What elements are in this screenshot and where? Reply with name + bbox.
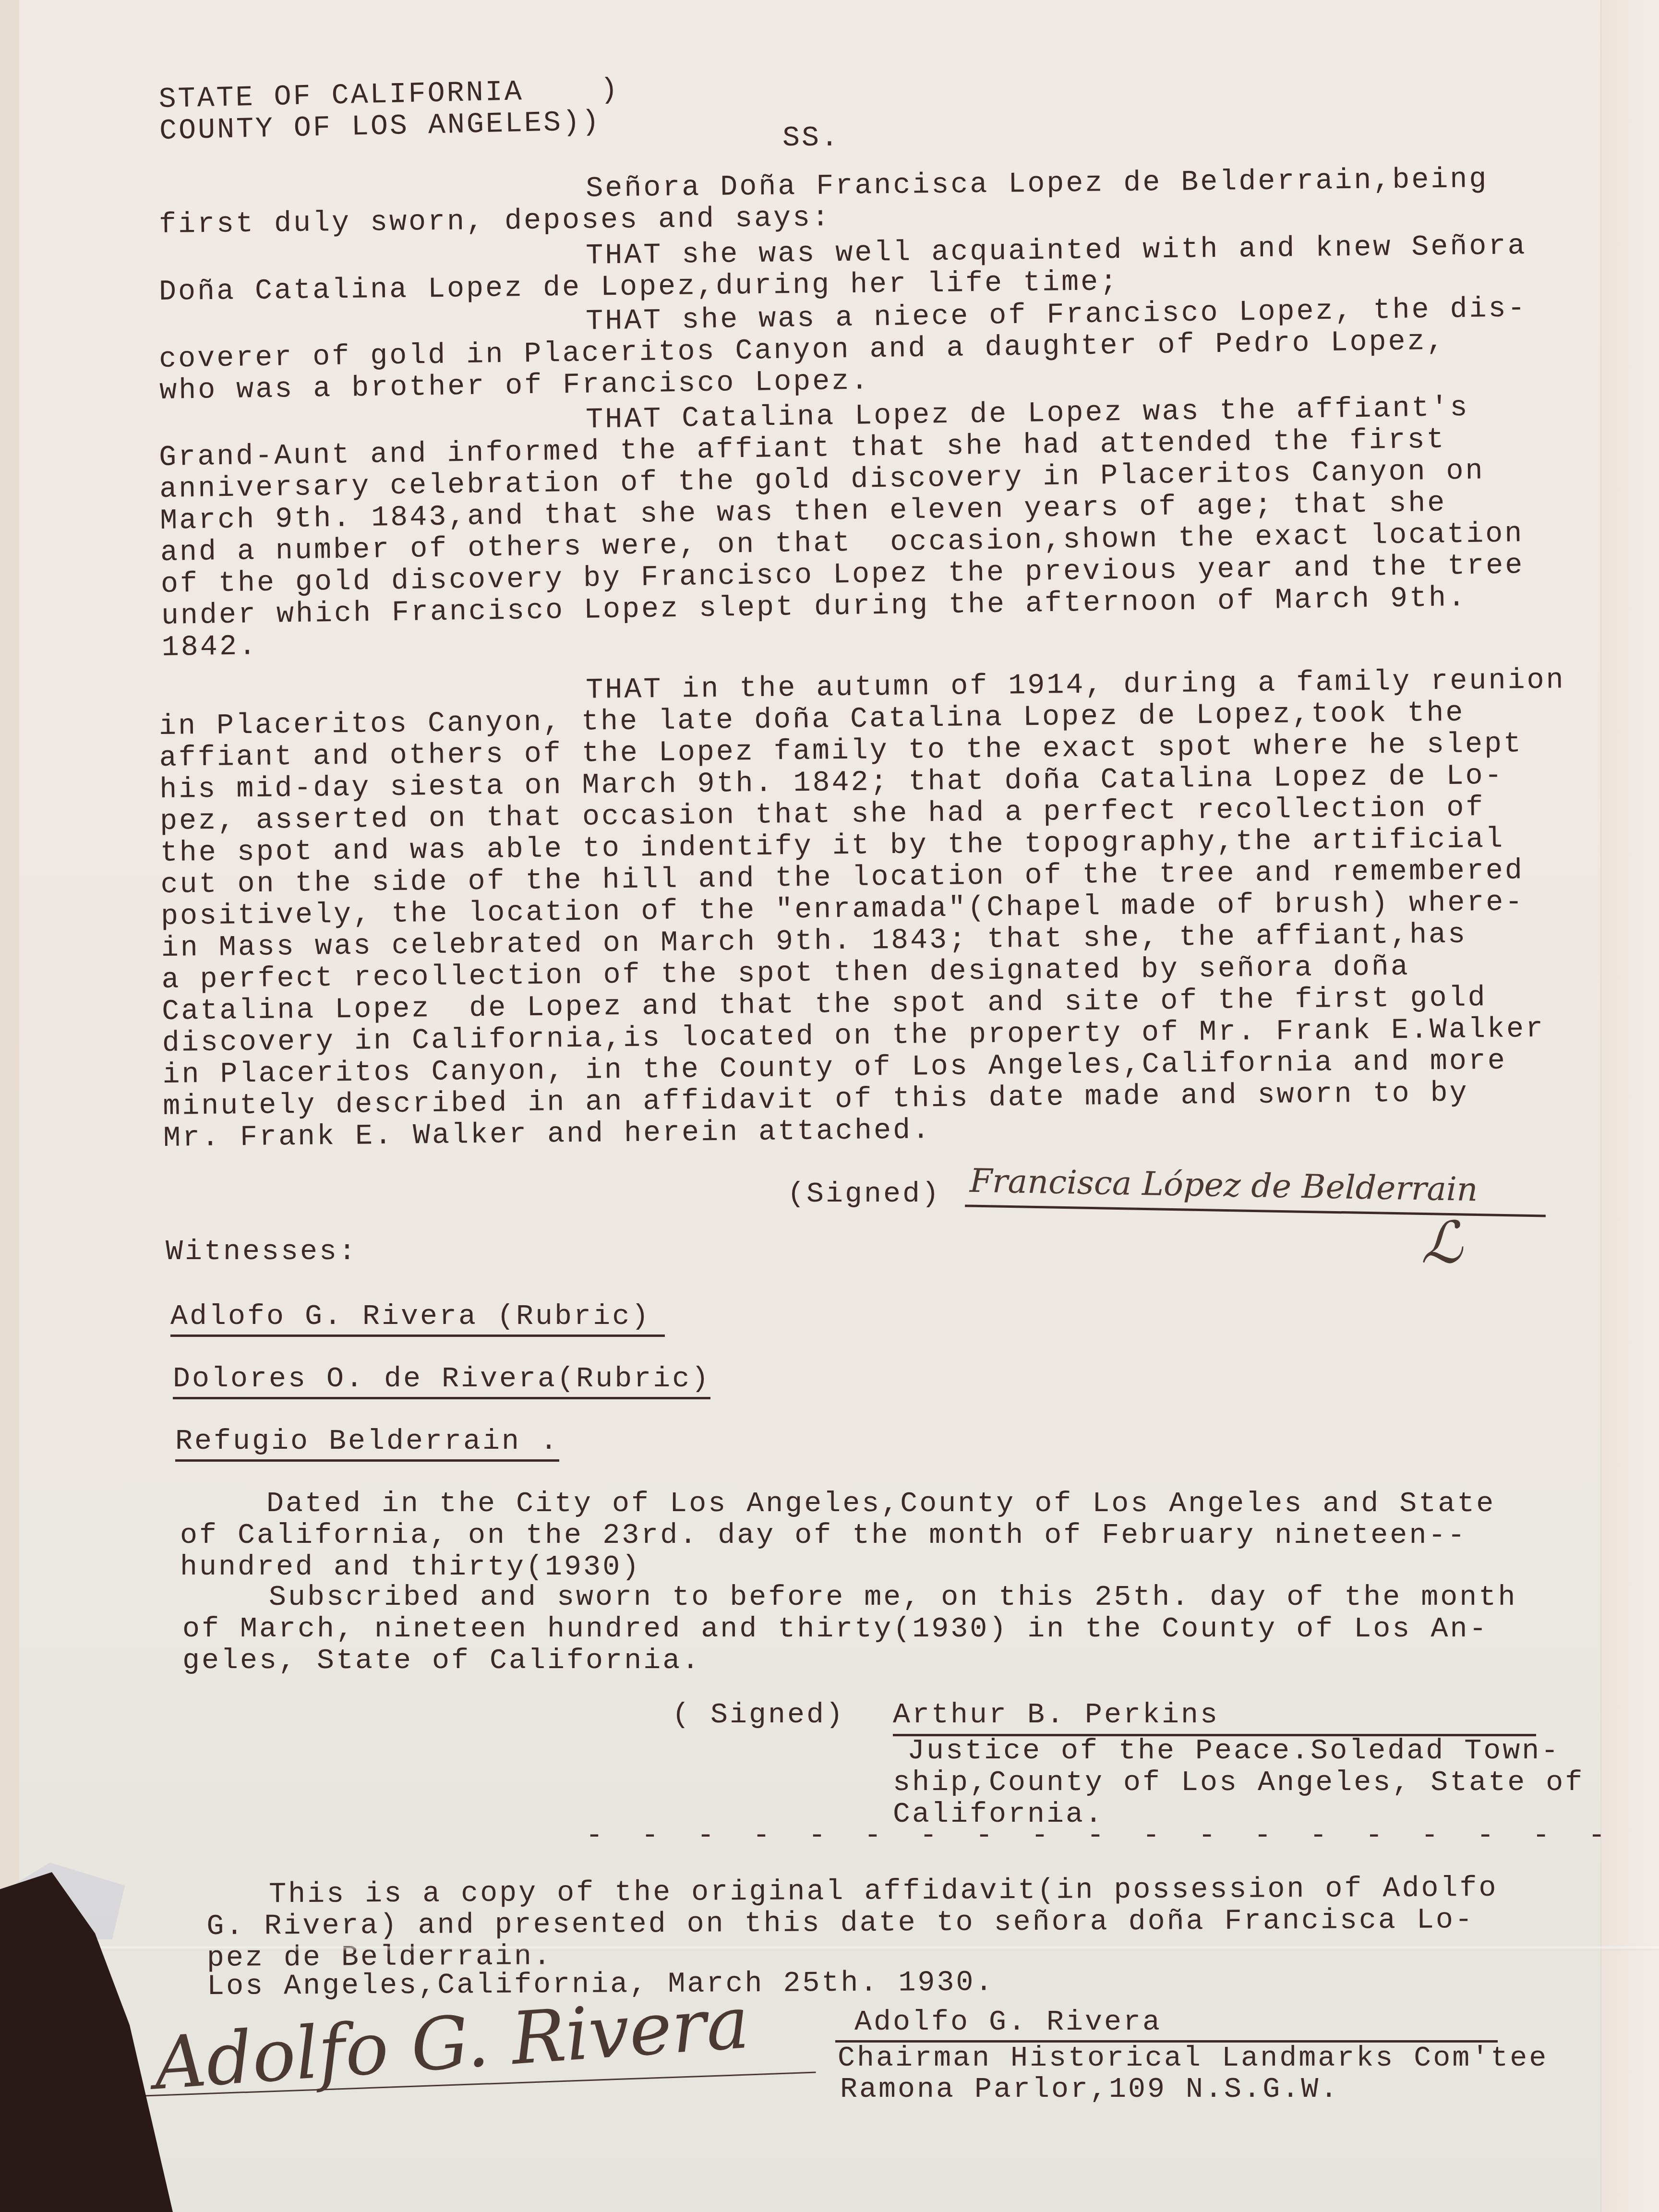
dated-paragraph: Dated in the City of Los Angeles,County …	[180, 1488, 1495, 1583]
section-separator: - - - - - - - - - - - - - - - - - - -	[586, 1819, 1616, 1852]
justice-name: Arthur B. Perkins	[893, 1699, 1219, 1731]
subscribed-line-1: Subscribed and sworn to before me, on th…	[182, 1582, 1517, 1613]
copy-note-line-2: G. Rivera) and presented on this date to…	[206, 1904, 1498, 1943]
dated-line-1: Dated in the City of Los Angeles,County …	[180, 1488, 1495, 1520]
subscribed-line-3: geles, State of California.	[182, 1645, 1517, 1677]
subscribed-line-2: of March, nineteen hundred and thirty(19…	[182, 1613, 1517, 1645]
ss-label: SS.	[782, 122, 840, 154]
chairman-title: Chairman Historical Landmarks Com'tee	[838, 2043, 1548, 2074]
chairman-name: Adolfo G. Rivera	[854, 2007, 1162, 2038]
witness-3: Refugio Belderrain .	[175, 1426, 559, 1462]
justice-title: Justice of the Peace.Soledad Town- ship,…	[893, 1735, 1584, 1830]
justice-title-line-1: Justice of the Peace.Soledad Town-	[893, 1735, 1584, 1767]
venue-header: STATE OF CALIFORNIA ) COUNTY OF LOS ANGE…	[158, 74, 621, 147]
affiant-signature: Francisca López de Belderrain	[969, 1162, 1478, 1209]
signature-flourish: ℒ	[1421, 1210, 1462, 1276]
witness-1: Adlofo G. Rivera (Rubric)	[170, 1301, 665, 1337]
dated-line-2: of California, on the 23rd. day of the m…	[180, 1520, 1495, 1551]
subscribed-paragraph: Subscribed and sworn to before me, on th…	[182, 1582, 1517, 1677]
paragraph-relation: THAT she was a niece of Francisco Lopez,…	[158, 293, 1528, 407]
copy-note-line-4: Los Angeles,California, March 25th. 1930…	[207, 1968, 1499, 1999]
page-right-edge	[1600, 0, 1659, 2212]
intro-paragraph: Señora Doña Francisca Lopez de Belderrai…	[158, 164, 1489, 241]
page-left-edge	[0, 0, 19, 2212]
document-page: STATE OF CALIFORNIA ) COUNTY OF LOS ANGE…	[0, 0, 1659, 2212]
affiant-signed-label: (Signed)	[787, 1178, 941, 1210]
justice-signed-label: ( Signed)	[672, 1699, 845, 1731]
justice-title-line-2: ship,County of Los Angeles, State of	[893, 1767, 1584, 1799]
witnesses-heading: Witnesses:	[166, 1236, 358, 1268]
paragraph-anniversary: THAT Catalina Lopez de Lopez was the aff…	[158, 391, 1526, 664]
witness-2: Dolores O. de Rivera(Rubric)	[173, 1363, 710, 1399]
chairman-org: Ramona Parlor,109 N.S.G.W.	[840, 2074, 1339, 2105]
paragraph-reunion: THAT in the autumn of 1914, during a fam…	[158, 664, 1570, 1154]
dated-line-3: hundred and thirty(1930)	[180, 1551, 1495, 1583]
paper-fold	[0, 1947, 1659, 1950]
copy-note: This is a copy of the original affidavit…	[206, 1873, 1499, 1999]
dark-corner-object	[0, 1872, 173, 2212]
